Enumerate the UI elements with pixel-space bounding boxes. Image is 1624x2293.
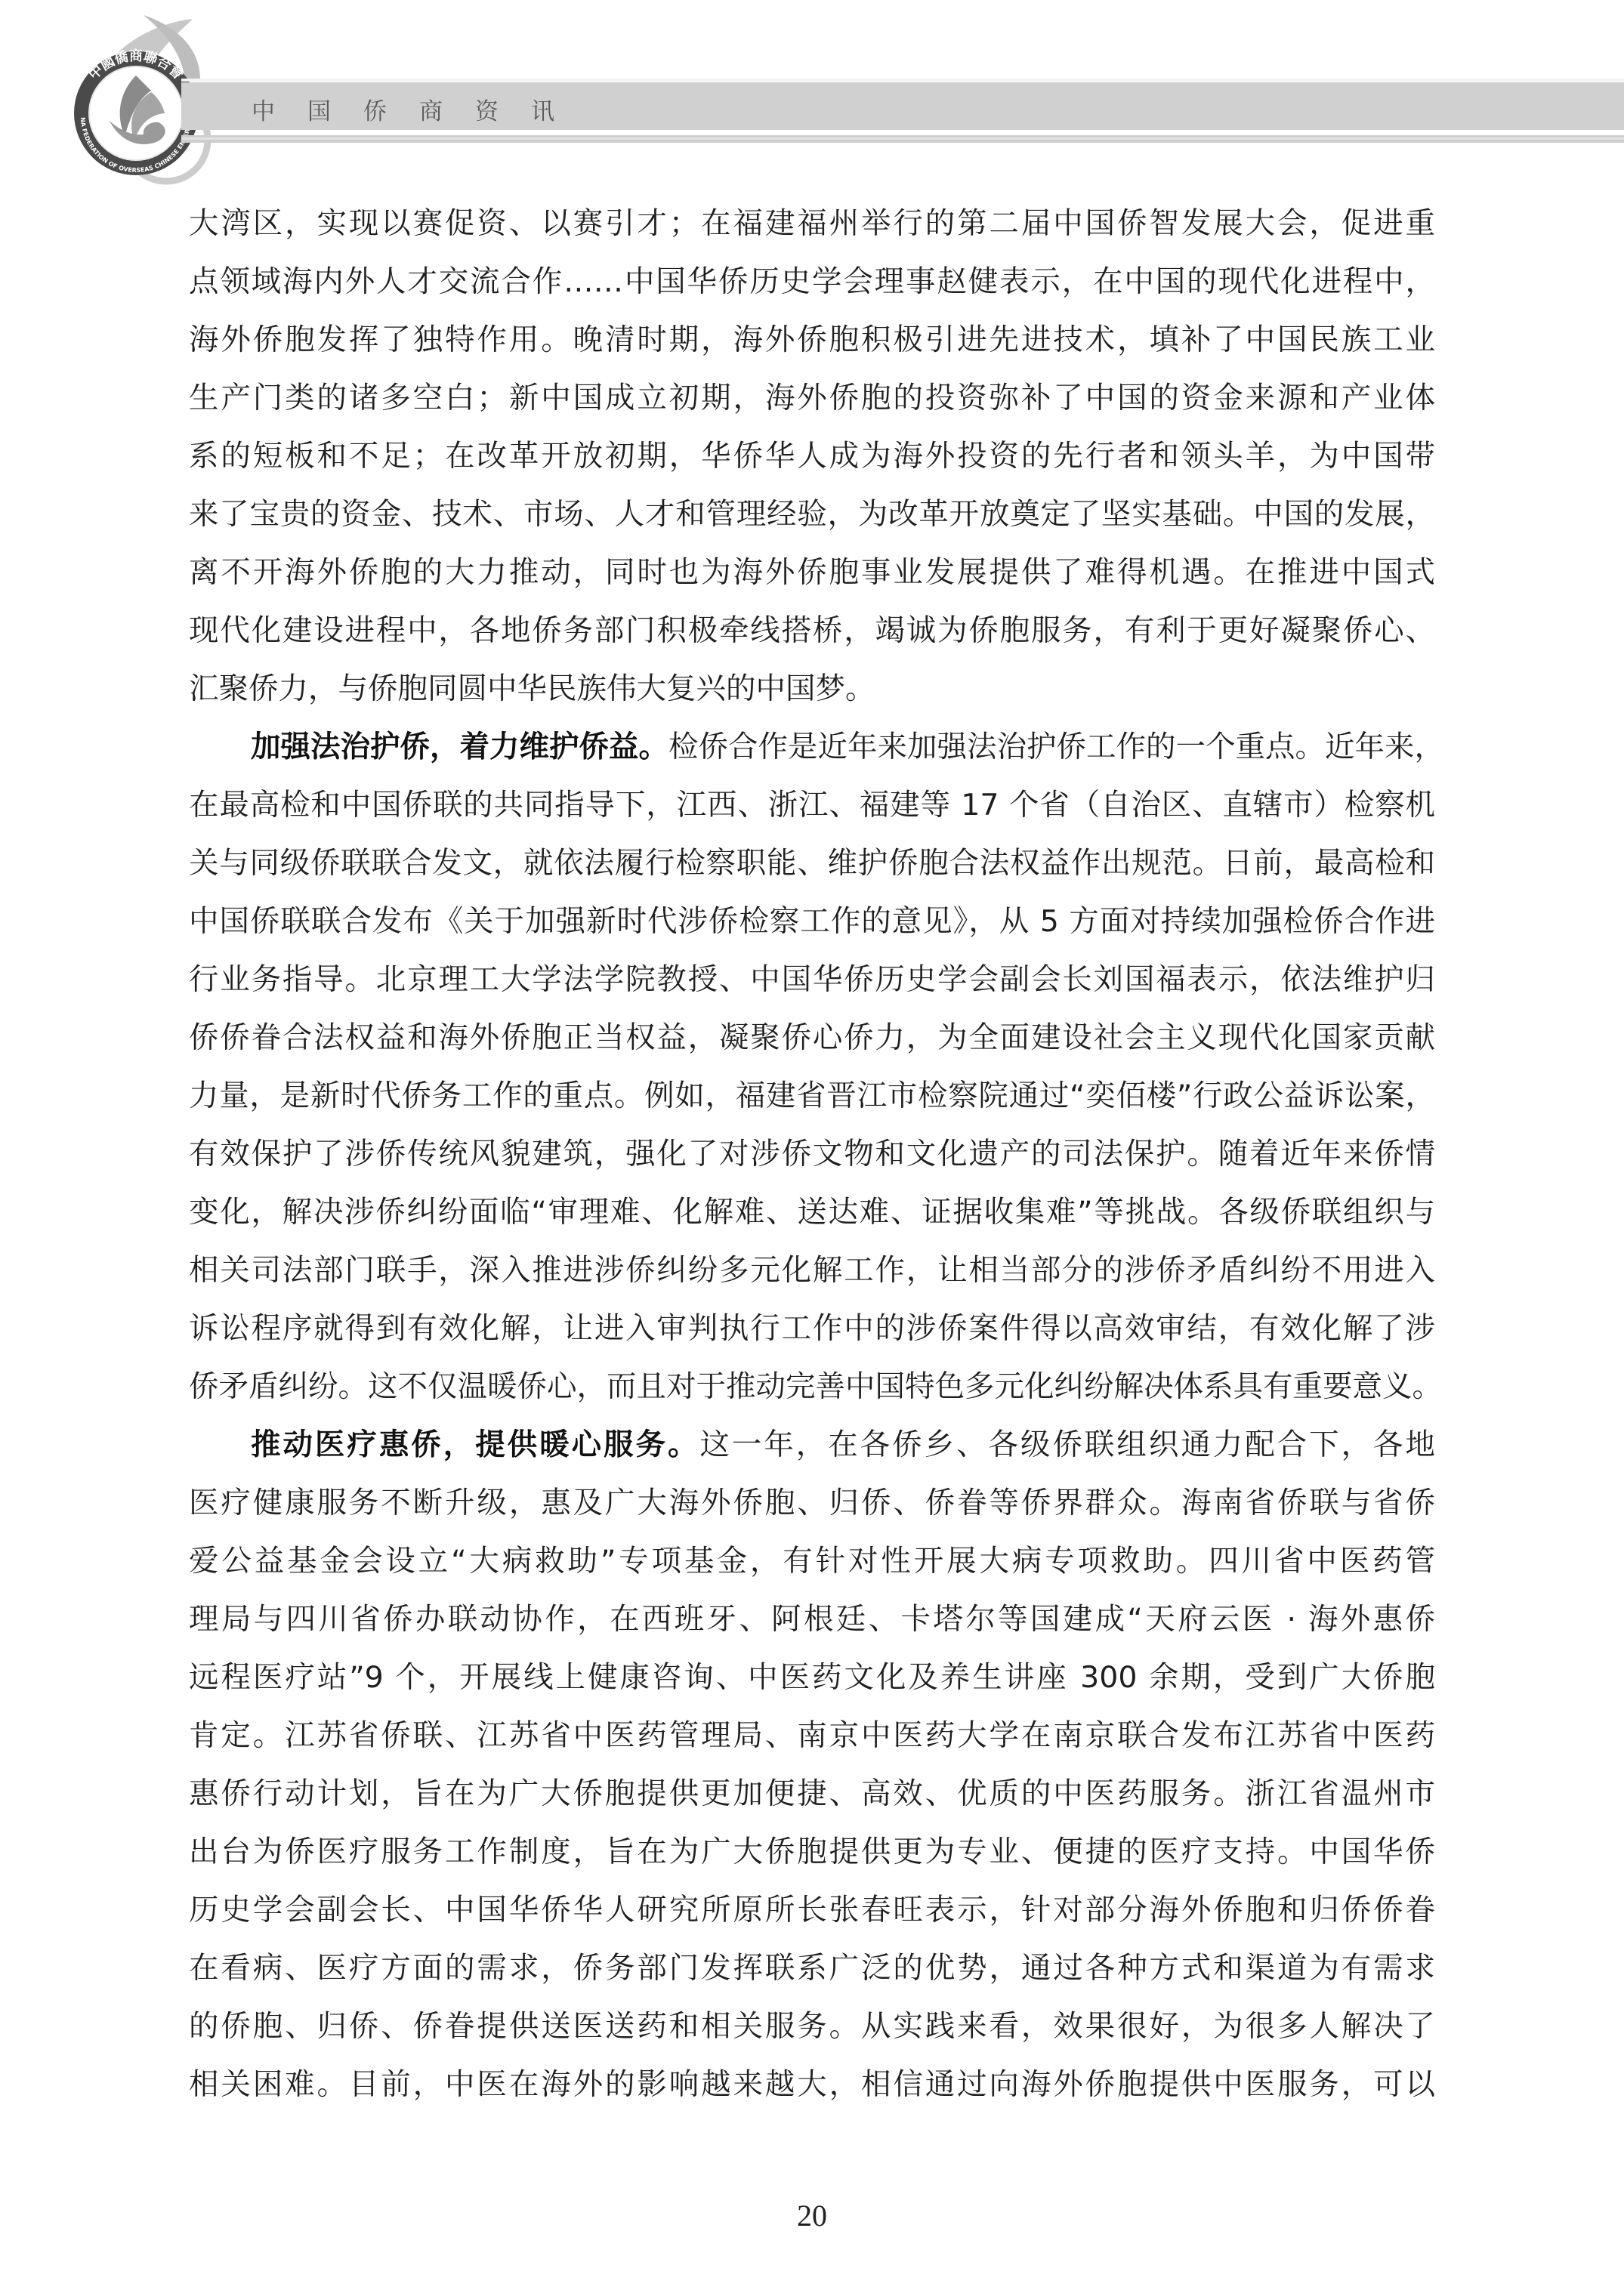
publication-title: 中 国 侨 商 资 讯 [252, 92, 587, 122]
header-bar-highlight [181, 79, 1624, 82]
paragraph-2: 加强法治护侨，着力维护侨益。检侨合作是近年来加强法治护侨工作的一个重点。近年来，… [189, 724, 1435, 1422]
page-header: 中國僑商聯合會 CHINA FEDERATION OF OVERSEAS CHI… [0, 0, 1624, 196]
text-line: 推动医疗惠侨，提供暖心服务。这一年，在各侨乡、各级侨联组织通力配合下，各地 [189, 1422, 1435, 1480]
text-line: 相关司法部门联手，深入推进涉侨纠纷多元化解工作，让相当部分的涉侨矛盾纠纷不用进入 [189, 1248, 1435, 1306]
text-line: 的侨胞、归侨、侨眷提供送医送药和相关服务。从实践来看，效果很好，为很多人解决了 [189, 2004, 1435, 2062]
text-line: 行业务指导。北京理工大学法学院教授、中国华侨历史学会副会长刘国福表示，依法维护归 [189, 957, 1435, 1015]
text-line: 诉讼程序就得到有效化解，让进入审判执行工作中的涉侨案件得以高效审结，有效化解了涉 [189, 1306, 1435, 1364]
paragraph-lead-heading: 加强法治护侨，着力维护侨益。 [251, 730, 668, 764]
publication-title-char: 商 [419, 92, 475, 122]
publication-title-char: 资 [475, 92, 531, 122]
text-line: 肯定。江苏省侨联、江苏省中医药管理局、南京中医药大学在南京联合发布江苏省中医药 [189, 1713, 1435, 1771]
paragraph-3: 推动医疗惠侨，提供暖心服务。这一年，在各侨乡、各级侨联组织通力配合下，各地 医疗… [189, 1422, 1435, 2120]
text-line: 力量，是新时代侨务工作的重点。例如，福建省晋江市检察院通过“奕佰楼”行政公益诉讼… [189, 1073, 1435, 1131]
text-line: 系的短板和不足；在改革开放初期，华侨华人成为海外投资的先行者和领头羊，为中国带 [189, 434, 1435, 492]
text-line: 侨侨眷合法权益和海外侨胞正当权益，凝聚侨心侨力，为全面建设社会主义现代化国家贡献 [189, 1015, 1435, 1073]
text-line: 离不开海外侨胞的大力推动，同时也为海外侨胞事业发展提供了难得机遇。在推进中国式 [189, 550, 1435, 608]
text-line: 爱公益基金会设立“大病救助”专项基金，有针对性开展大病专项救助。四川省中医药管 [189, 1538, 1435, 1597]
text-line: 来了宝贵的资金、技术、市场、人才和管理经验，为改革开放奠定了坚实基础。中国的发展… [189, 492, 1435, 550]
header-stripe-divider [181, 135, 1624, 143]
text-line: 远程医疗站”9 个，开展线上健康咨询、中医药文化及养生讲座 300 余期，受到广… [189, 1655, 1435, 1713]
text-line: 变化，解决涉侨纠纷面临“审理难、化解难、送达难、证据收集难”等挑战。各级侨联组织… [189, 1190, 1435, 1248]
text-line: 在最高检和中国侨联的共同指导下，江西、浙江、福建等 17 个省（自治区、直辖市）… [189, 782, 1435, 841]
text-line: 惠侨行动计划，旨在为广大侨胞提供更加便捷、高效、优质的中医药服务。浙江省温州市 [189, 1771, 1435, 1829]
publication-title-char: 侨 [363, 92, 419, 122]
article-body: 大湾区，实现以赛促资、以赛引才；在福建福州举行的第二届中国侨智发展大会，促进重 … [189, 201, 1435, 2120]
text-line: 历史学会副会长、中国华侨华人研究所原所长张春旺表示，针对部分海外侨胞和归侨侨眷 [189, 1887, 1435, 1946]
text-line: 出台为侨医疗服务工作制度，旨在为广大侨胞提供更为专业、便捷的医疗支持。中国华侨 [189, 1829, 1435, 1887]
text-line: 海外侨胞发挥了独特作用。晚清时期，海外侨胞积极引进先进技术，填补了中国民族工业 [189, 317, 1435, 375]
paragraph-1: 大湾区，实现以赛促资、以赛引才；在福建福州举行的第二届中国侨智发展大会，促进重 … [189, 201, 1435, 724]
text-line: 理局与四川省侨办联动协作，在西班牙、阿根廷、卡塔尔等国建成“天府云医 · 海外惠… [189, 1597, 1435, 1655]
text-line: 医疗健康服务不断升级，惠及广大海外侨胞、归侨、侨眷等侨界群众。海南省侨联与省侨 [189, 1480, 1435, 1538]
text-line: 侨矛盾纠纷。这不仅温暖侨心，而且对于推动完善中国特色多元化纠纷解决体系具有重要意… [189, 1364, 1435, 1422]
text-line: 相关困难。目前，中医在海外的影响越来越大，相信通过向海外侨胞提供中医服务，可以 [189, 2062, 1435, 2120]
text-line: 中国侨联联合发布《关于加强新时代涉侨检察工作的意见》，从 5 方面对持续加强检侨… [189, 899, 1435, 957]
text-line: 现代化建设进程中，各地侨务部门积极牵线搭桥，竭诚为侨胞服务，有利于更好凝聚侨心、 [189, 608, 1435, 666]
text-line: 关与同级侨联联合发文，就依法履行检察职能、维护侨胞合法权益作出规范。日前，最高检… [189, 841, 1435, 899]
text-run: 这一年，在各侨乡、各级侨联组织通力配合下，各地 [699, 1427, 1435, 1462]
publication-title-char: 国 [307, 92, 363, 122]
paragraph-lead-heading: 推动医疗惠侨，提供暖心服务。 [251, 1427, 699, 1462]
text-line: 有效保护了涉侨传统风貌建筑，强化了对涉侨文物和文化遗产的司法保护。随着近年来侨情 [189, 1131, 1435, 1190]
text-run: 检侨合作是近年来加强法治护侨工作的一个重点。近年来， [668, 730, 1444, 764]
page-number: 20 [786, 2198, 838, 2233]
text-line: 加强法治护侨，着力维护侨益。检侨合作是近年来加强法治护侨工作的一个重点。近年来， [189, 724, 1435, 782]
text-line: 点领域海内外人才交流合作……中国华侨历史学会理事赵健表示，在中国的现代化进程中， [189, 259, 1435, 317]
text-line: 在看病、医疗方面的需求，侨务部门发挥联系广泛的优势，通过各种方式和渠道为有需求 [189, 1946, 1435, 2004]
text-line: 生产门类的诸多空白；新中国成立初期，海外侨胞的投资弥补了中国的资金来源和产业体 [189, 375, 1435, 434]
text-line: 汇聚侨力，与侨胞同圆中华民族伟大复兴的中国梦。 [189, 666, 1435, 724]
publication-title-char: 中 [252, 92, 307, 122]
text-line: 大湾区，实现以赛促资、以赛引才；在福建福州举行的第二届中国侨智发展大会，促进重 [189, 201, 1435, 259]
publication-title-char: 讯 [531, 92, 587, 122]
